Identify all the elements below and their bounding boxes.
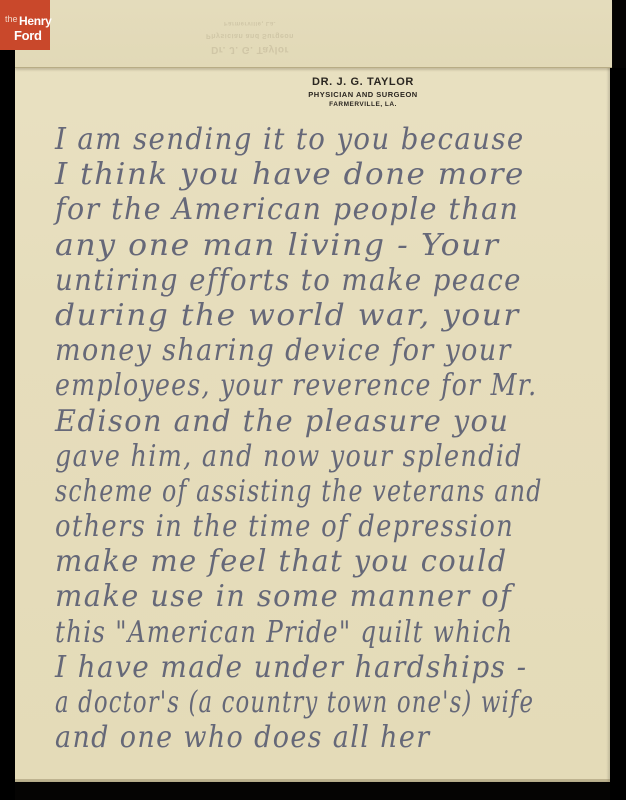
handwritten-line: untiring efforts to make peace: [55, 263, 561, 298]
handwritten-line: I think you have done more: [55, 157, 622, 192]
handwritten-line: any one man living - Your: [55, 228, 626, 263]
handwritten-line: make use in some manner of: [55, 579, 583, 614]
letterhead-name: Dr. J. G. Taylor: [263, 76, 463, 89]
handwritten-line: during the world war, your: [55, 298, 626, 333]
handwritten-line: for the American people than: [55, 192, 578, 227]
logo-the: the: [5, 14, 18, 24]
letterhead-place: Farmerville, La.: [263, 100, 463, 110]
show-through-letterhead-title: Physician and Surgeon: [135, 32, 365, 39]
handwritten-line: Edison and the pleasure you: [55, 404, 583, 439]
henry-ford-logo: the Henry Ford: [0, 0, 50, 50]
handwritten-line: gave him, and now your splendid: [55, 439, 523, 474]
letterhead: Dr. J. G. Taylor Physician and Surgeon F…: [263, 76, 463, 110]
handwritten-line: make me feel that you could: [55, 544, 583, 579]
handwritten-letter-body: I am sending it to you because I think y…: [55, 122, 605, 755]
handwritten-line: employees, your reverence for Mr.: [55, 368, 517, 403]
handwritten-line: and one who does all her: [55, 720, 550, 755]
handwritten-line: this "American Pride" quilt which: [55, 615, 506, 650]
left-border: [0, 50, 15, 800]
logo-henry: Henry: [19, 14, 52, 28]
letterhead-title: Physician and Surgeon: [263, 89, 463, 100]
show-through-letterhead-name: Dr. J. G. Taylor: [135, 44, 365, 55]
handwritten-line: I am sending it to you because: [55, 122, 561, 157]
handwritten-line: a doctor's (a country town one's) wife: [55, 685, 473, 720]
handwritten-line: scheme of assisting the veterans and: [55, 474, 490, 509]
handwritten-line: money sharing device for your: [55, 333, 550, 368]
logo-ford: Ford: [14, 28, 42, 43]
handwritten-line: others in the time of depression: [55, 509, 528, 544]
folded-page-flap: Dr. J. G. Taylor Physician and Surgeon F…: [15, 0, 612, 68]
show-through-letterhead-place: Farmerville, La.: [135, 20, 365, 26]
handwritten-line: I have made under hardships -: [55, 650, 567, 685]
